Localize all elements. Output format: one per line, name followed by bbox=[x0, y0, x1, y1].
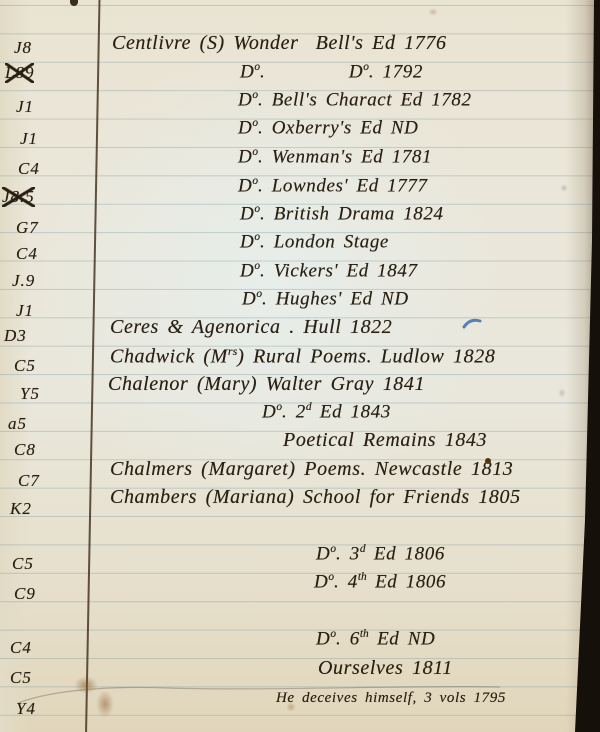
entry-text: Do. London Stage bbox=[240, 231, 389, 253]
ledger-row: K2Chambers (Mariana) School for Friends … bbox=[0, 486, 600, 514]
entry-text: Ourselves 1811 bbox=[318, 657, 453, 680]
entry-text: Centlivre (S) Wonder Bell's Ed 1776 bbox=[112, 32, 447, 55]
ledger-row: C5Do. 3d Ed 1806 bbox=[0, 543, 600, 571]
entry-text: Chalenor (Mary) Walter Gray 1841 bbox=[108, 373, 425, 396]
shelfmark: L89 bbox=[5, 63, 34, 83]
ledger-row: C9Do. 4th Ed 1806 bbox=[0, 571, 600, 599]
ledger-row: L89Do. Do. 1792 bbox=[0, 61, 600, 89]
entry-text: Chambers (Mariana) School for Friends 18… bbox=[110, 486, 521, 509]
ledger-row: Y5Chalenor (Mary) Walter Gray 1841 bbox=[0, 373, 600, 401]
shelfmark: C9 bbox=[14, 584, 36, 604]
entry-text: Poetical Remains 1843 bbox=[283, 429, 487, 452]
ledger-row: a5Do. 2d Ed 1843 bbox=[0, 401, 600, 429]
entry-text: Do. Do. 1792 bbox=[240, 61, 423, 83]
entry-text: Do. Oxberry's Ed ND bbox=[238, 117, 419, 139]
ledger-row: J8.5Do. Lowndes' Ed 1777 bbox=[0, 175, 600, 203]
shelfmark: C4 bbox=[10, 638, 32, 658]
shelfmark: D3 bbox=[4, 326, 27, 346]
ledger-row: G7Do. British Drama 1824 bbox=[0, 203, 600, 231]
shelfmark: C8 bbox=[14, 440, 36, 460]
shelfmark: J1 bbox=[16, 97, 34, 117]
ledger-row: J8Centlivre (S) Wonder Bell's Ed 1776 bbox=[0, 32, 600, 60]
ledger-row: J1Do. Bell's Charact Ed 1782 bbox=[0, 89, 600, 117]
ledger-row: Y4He deceives himself, 3 vols 1795 bbox=[0, 690, 600, 718]
shelfmark: C5 bbox=[10, 668, 32, 688]
ledger-row: J.9Do. Vickers' Ed 1847 bbox=[0, 260, 600, 288]
entry-text: Do. Hughes' Ed ND bbox=[242, 288, 409, 310]
entry-text: Do. Vickers' Ed 1847 bbox=[240, 260, 418, 282]
manuscript-page: J8Centlivre (S) Wonder Bell's Ed 1776L89… bbox=[0, 0, 600, 732]
entry-text: Chalmers (Margaret) Poems. Newcastle 181… bbox=[110, 458, 513, 481]
entry-text: Ceres & Agenorica . Hull 1822 bbox=[110, 316, 392, 339]
ledger-row: C4Do. London Stage bbox=[0, 231, 600, 259]
ledger-row: J1Do. Oxberry's Ed ND bbox=[0, 117, 600, 145]
entry-text: Chadwick (Mrs) Rural Poems. Ludlow 1828 bbox=[110, 344, 495, 369]
shelfmark: J8 bbox=[14, 38, 32, 58]
entry-text: He deceives himself, 3 vols 1795 bbox=[276, 690, 506, 707]
shelfmark: Y4 bbox=[16, 699, 36, 719]
entry-text: Do. 3d Ed 1806 bbox=[316, 543, 445, 565]
entry-text: Do. Bell's Charact Ed 1782 bbox=[238, 89, 472, 111]
ledger-row: C5Ourselves 1811 bbox=[0, 657, 600, 685]
ledger-row: C7Chalmers (Margaret) Poems. Newcastle 1… bbox=[0, 458, 600, 486]
entry-text: Do. 2d Ed 1843 bbox=[262, 401, 391, 423]
entry-text: Do. Lowndes' Ed 1777 bbox=[238, 175, 428, 197]
ledger-row: C8Poetical Remains 1843 bbox=[0, 429, 600, 457]
entry-text: Do. Wenman's Ed 1781 bbox=[238, 146, 432, 168]
ledger-row: C4Do. 6th Ed ND bbox=[0, 628, 600, 656]
entry-text: Do. 6th Ed ND bbox=[316, 628, 435, 650]
ledger-row: D3Ceres & Agenorica . Hull 1822 bbox=[0, 316, 600, 344]
entry-text: Do. British Drama 1824 bbox=[240, 203, 444, 225]
shelfmark: K2 bbox=[10, 499, 32, 519]
ledger-row: J1Do. Hughes' Ed ND bbox=[0, 288, 600, 316]
ledger-row: C5Chadwick (Mrs) Rural Poems. Ludlow 182… bbox=[0, 344, 600, 372]
ledger-row: C4Do. Wenman's Ed 1781 bbox=[0, 146, 600, 174]
entry-text: Do. 4th Ed 1806 bbox=[314, 571, 446, 593]
